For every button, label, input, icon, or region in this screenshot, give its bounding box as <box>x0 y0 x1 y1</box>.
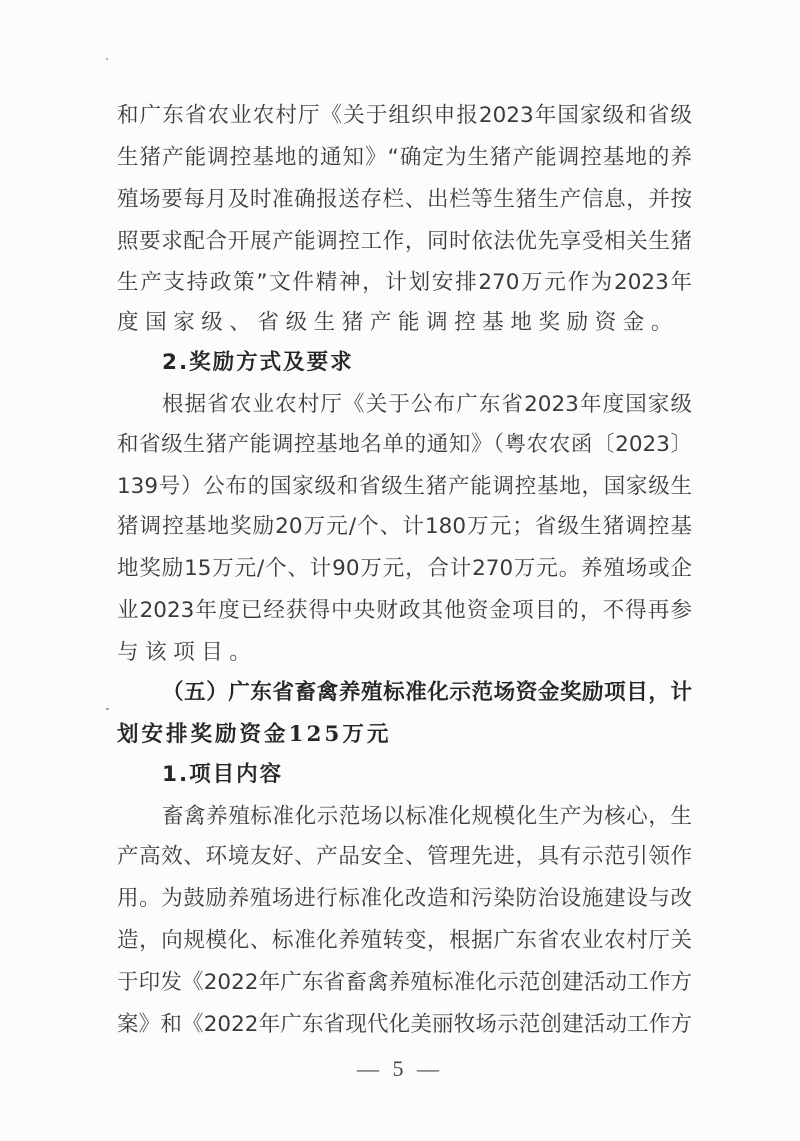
paragraph-line: 和省级生猪产能调控基地名单的通知》（粤农农函〔2023〕 <box>117 425 692 465</box>
paragraph-line: 用。为鼓励养殖场进行标准化改造和污染防治设施建设与改 <box>117 879 692 919</box>
scan-speck <box>106 58 108 60</box>
paragraph-line: 生产支持政策”文件精神，计划安排270万元作为2023年 <box>117 263 692 303</box>
paragraph-line: 生猪产能调控基地的通知》“确定为生猪产能调控基地的养 <box>117 138 692 178</box>
paragraph-line: 造，向规模化、标准化养殖转变，根据广东省农业农村厅关 <box>117 921 692 961</box>
paragraph-line: 案》和《2022年广东省现代化美丽牧场示范创建活动工作方 <box>117 1005 692 1045</box>
paragraph-line: 度国家级、省级生猪产能调控基地奖励资金。 <box>117 303 692 343</box>
paragraph-line: 殖场要每月及时准确报送存栏、出栏等生猪生产信息，并按 <box>117 180 692 220</box>
paragraph-line: 业2023年度已经获得中央财政其他资金项目的，不得再参 <box>117 591 692 631</box>
paragraph-line: 猪调控基地奖励20万元/个、计180万元；省级生猪调控基 <box>117 507 692 547</box>
paragraph-line: 照要求配合开展产能调控工作，同时依法优先享受相关生猪 <box>117 222 692 262</box>
paragraph-line: 畜禽养殖标准化示范场以标准化规模化生产为核心，生 <box>162 797 692 837</box>
paragraph-line: 于印发《2022年广东省畜禽养殖标准化示范创建活动工作方 <box>117 963 692 1003</box>
paragraph-line: 产高效、环境友好、产品安全、管理先进，具有示范引领作 <box>117 837 692 877</box>
paragraph-line: 139号）公布的国家级和省级生猪产能调控基地，国家级生 <box>117 467 692 507</box>
section-heading-project-content: 1.项目内容 <box>162 755 692 795</box>
paragraph-line: 根据省农业农村厅《关于公布广东省2023年度国家级 <box>162 385 692 425</box>
paragraph-line: 与该项目。 <box>117 633 692 673</box>
scan-speck <box>106 708 109 710</box>
section-heading-reward-method: 2.奖励方式及要求 <box>162 343 692 383</box>
paragraph-line: 和广东省农业农村厅《关于组织申报2023年国家级和省级 <box>117 96 692 136</box>
paragraph-line: 地奖励15万元/个、计90万元，合计270万元。养殖场或企 <box>117 549 692 589</box>
section-heading-five-cont: 划安排奖励资金125万元 <box>117 715 692 755</box>
section-heading-five: （五）广东省畜禽养殖标准化示范场资金奖励项目，计 <box>162 673 692 713</box>
page-number: — 5 — <box>0 1056 800 1082</box>
document-page: 和广东省农业农村厅《关于组织申报2023年国家级和省级 生猪产能调控基地的通知》… <box>0 0 800 1141</box>
